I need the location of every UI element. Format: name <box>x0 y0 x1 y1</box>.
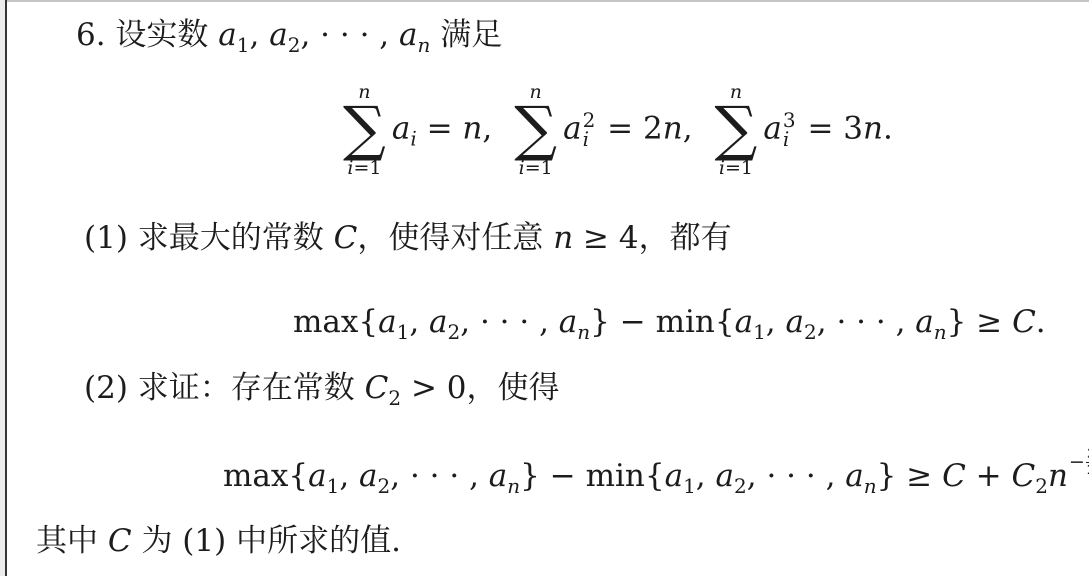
problem-statement-line: 6. 设实数 a1, a2, · · · , an 满足 <box>76 13 502 67</box>
sigma-icon: ∑ <box>514 103 557 155</box>
text-run: , <box>339 458 359 494</box>
text-run: } ≥ <box>947 304 1012 340</box>
text-run: , <box>409 304 429 340</box>
sigma-icon: ∑ <box>715 103 758 155</box>
subscript: i <box>583 130 589 149</box>
text-run: 满足 <box>430 17 502 53</box>
math-italic: a <box>218 17 236 53</box>
math-italic: n <box>663 111 683 147</box>
superscript: −32 <box>1069 448 1089 477</box>
math-italic: a <box>735 304 753 340</box>
text-run: , <box>250 17 270 53</box>
math-italic: a <box>665 458 683 494</box>
math-italic: C <box>334 220 358 256</box>
math-italic: n <box>577 320 590 344</box>
math-italic: a <box>763 111 781 147</box>
math-italic: a <box>359 458 377 494</box>
subscript: 2 <box>378 474 391 498</box>
sub-sup-stack: 3i <box>783 111 796 149</box>
text-run: (1) 求最大的常数 <box>84 220 334 256</box>
math-italic: a <box>269 17 287 53</box>
text-run: (2) 求证：存在常数 <box>84 370 365 406</box>
text-run: ≥ 4，都有 <box>573 220 731 256</box>
subscript: n <box>507 474 520 498</box>
summation-symbol: n∑i=1 <box>715 82 758 178</box>
text-run: 为 (1) 中所求的值. <box>132 523 401 559</box>
subscript: 2 <box>388 386 401 410</box>
text-run: 其中 <box>36 523 108 559</box>
sigma-icon: ∑ <box>343 103 386 155</box>
text-run: =1 <box>725 157 753 179</box>
math-italic: a <box>489 458 507 494</box>
part1-question-line: (1) 求最大的常数 C，使得对任意 n ≥ 4，都有 <box>84 216 732 260</box>
math-italic: n <box>1048 458 1068 494</box>
text-run: − <box>1069 453 1085 472</box>
math-italic: C <box>1011 458 1035 494</box>
part2-inequality: max{a1, a2, · · · , an} − min{a1, a2, · … <box>223 448 1089 508</box>
page-edge-gutter <box>0 0 7 576</box>
math-italic: a <box>915 304 933 340</box>
summation-symbol: n∑i=1 <box>343 82 386 178</box>
subscript: i <box>783 130 789 149</box>
subscript: n <box>577 320 590 344</box>
text-run: =1 <box>525 157 553 179</box>
math-italic: a <box>378 304 396 340</box>
subscript: 2 <box>448 320 461 344</box>
math-italic: a <box>716 458 734 494</box>
text-run: } − min{ <box>590 304 734 340</box>
subscript: n <box>417 33 430 57</box>
subscript: n <box>864 474 877 498</box>
subscript: 1 <box>327 474 340 498</box>
text-run: . <box>1036 304 1046 340</box>
math-italic: n <box>507 474 520 498</box>
text-run: = <box>417 111 463 147</box>
text-run: =1 <box>353 157 381 179</box>
subscript: 1 <box>683 474 696 498</box>
text-run: . <box>883 111 893 147</box>
part1-inequality: max{a1, a2, · · · , an} − min{a1, a2, · … <box>293 300 1046 354</box>
subscript: 1 <box>753 320 766 344</box>
text-run: ，使得对任意 <box>357 220 553 256</box>
subscript: 2 <box>288 33 301 57</box>
text-run: } − min{ <box>520 458 664 494</box>
closing-remark-line: 其中 C 为 (1) 中所求的值. <box>36 519 401 563</box>
part2-question-line: (2) 求证：存在常数 C2 > 0，使得 <box>84 366 560 420</box>
text-run: } ≥ <box>877 458 942 494</box>
math-italic: C <box>1012 304 1036 340</box>
math-italic: a <box>786 304 804 340</box>
text-run: , <box>766 304 786 340</box>
sum-lower-limit: i=1 <box>519 158 553 178</box>
document-page: 6. 设实数 a1, a2, · · · , an 满足 n∑i=1ai = n… <box>0 0 1089 576</box>
sum-conditions-equation: n∑i=1ai = n,n∑i=1a2i = 2n,n∑i=1a3i = 3n. <box>343 82 893 178</box>
scan-top-edge <box>0 0 1089 2</box>
math-italic: a <box>559 304 577 340</box>
math-italic: n <box>553 220 573 256</box>
math-italic: a <box>845 458 863 494</box>
math-italic: C <box>108 523 132 559</box>
text-run: , · · · , <box>300 17 399 53</box>
text-run: + <box>966 458 1012 494</box>
math-italic: n <box>864 474 877 498</box>
math-italic: n <box>417 33 430 57</box>
math-italic: a <box>399 17 417 53</box>
subscript: n <box>934 320 947 344</box>
math-italic: a <box>563 111 581 147</box>
text-run: , · · · , <box>817 304 916 340</box>
text-run: , <box>482 111 492 147</box>
math-italic: n <box>863 111 883 147</box>
sum-lower-limit: i=1 <box>347 158 381 178</box>
text-run: 6. 设实数 <box>76 17 218 53</box>
text-run: , · · · , <box>390 458 489 494</box>
math-italic: a <box>392 111 410 147</box>
text-run: = 2 <box>597 111 662 147</box>
text-run: , <box>683 111 693 147</box>
math-italic: a <box>429 304 447 340</box>
text-run: , · · · , <box>747 458 846 494</box>
text-run: > 0，使得 <box>401 370 559 406</box>
subscript: 2 <box>734 474 747 498</box>
text-run: , <box>696 458 716 494</box>
math-italic: a <box>308 458 326 494</box>
subscript: 2 <box>804 320 817 344</box>
subscript: 1 <box>397 320 410 344</box>
math-italic: n <box>934 320 947 344</box>
subscript: 1 <box>237 33 250 57</box>
sum-lower-limit: i=1 <box>719 158 753 178</box>
text-run: = 3 <box>798 111 863 147</box>
math-italic: C <box>365 370 389 406</box>
math-italic: C <box>942 458 966 494</box>
text-run: max{ <box>223 458 308 494</box>
math-italic: n <box>462 111 482 147</box>
subscript: 2 <box>1035 474 1048 498</box>
text-run: , · · · , <box>460 304 559 340</box>
summation-symbol: n∑i=1 <box>514 82 557 178</box>
sub-sup-stack: 2i <box>583 111 596 149</box>
text-run: max{ <box>293 304 378 340</box>
